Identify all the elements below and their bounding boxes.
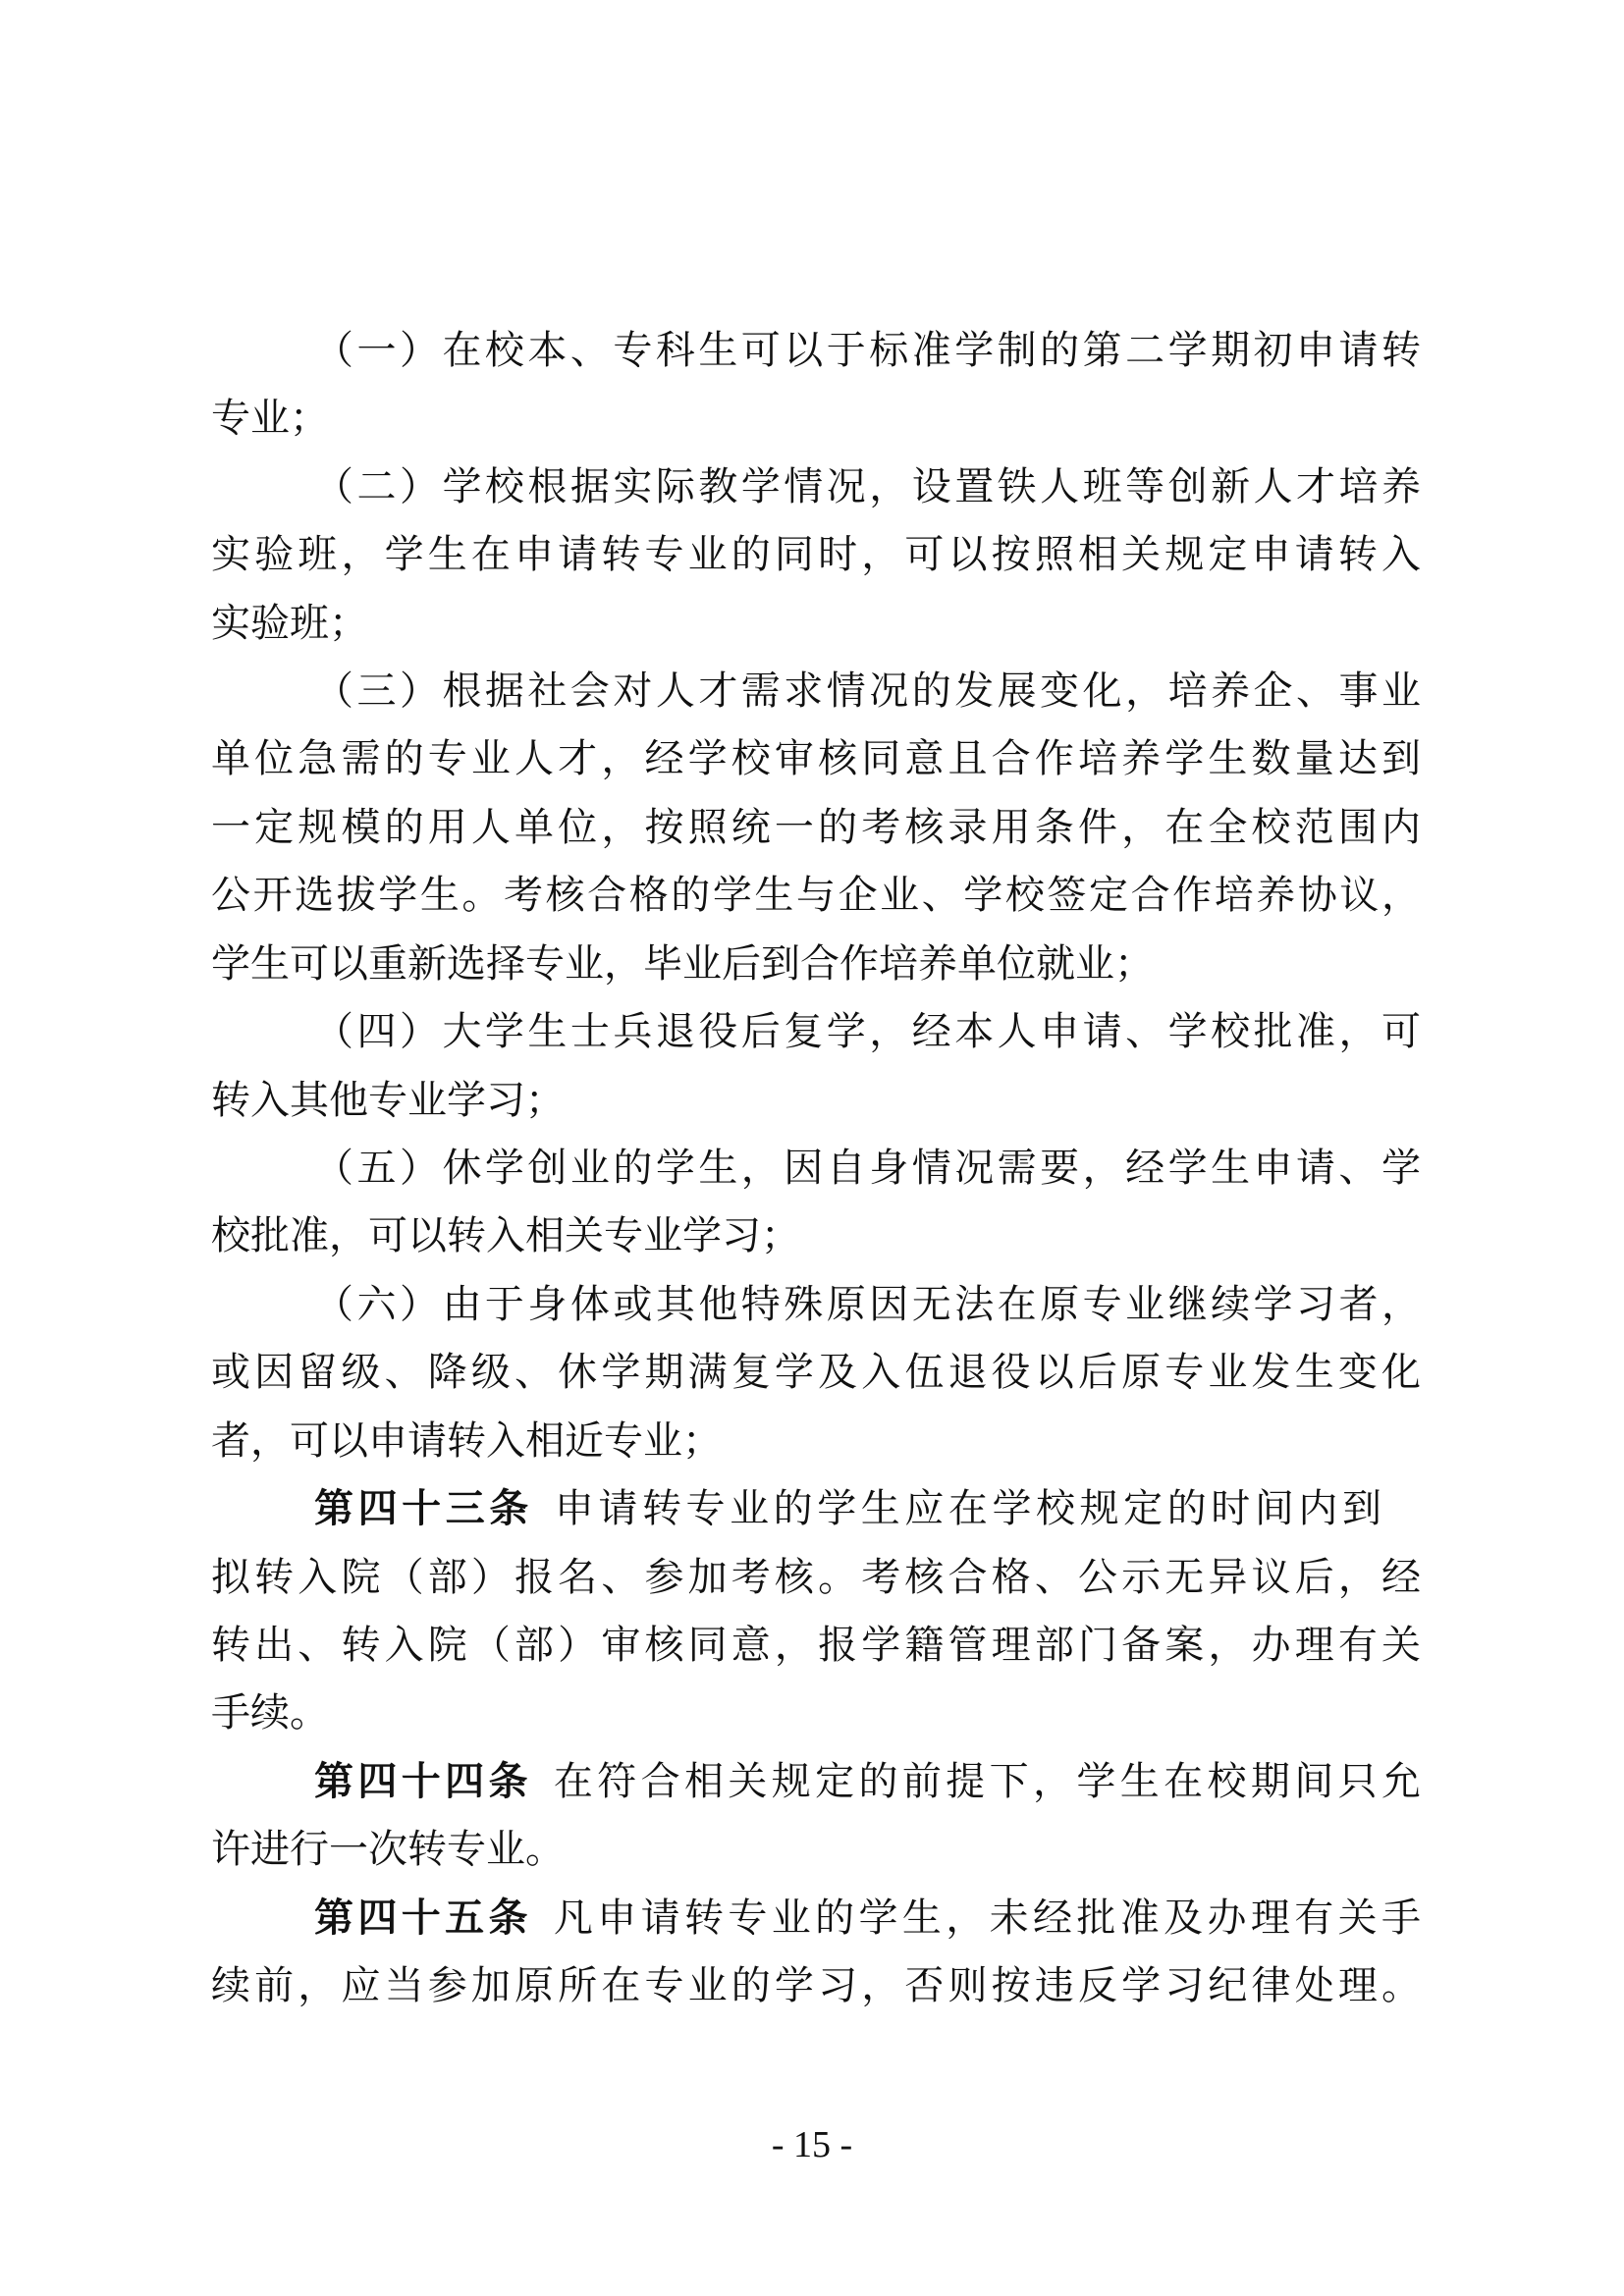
- item-2-line-1: （二）学校根据实际教学情况，设置铁人班等创新人才培养: [314, 457, 1421, 516]
- article-45-line-1: 第四十五条凡申请转专业的学生，未经批准及办理有关手: [314, 1889, 1421, 1948]
- item-2-line-3: 实验班；: [211, 594, 1421, 653]
- item-2-line-2: 实验班，学生在申请转专业的同时，可以按照相关规定申请转入: [211, 525, 1421, 584]
- article-43-line-2: 拟转入院（部）报名、参加考核。考核合格、公示无异议后，经: [211, 1548, 1421, 1607]
- item-4-line-1: （四）大学生士兵退役后复学，经本人申请、学校批准，可: [314, 1002, 1421, 1061]
- document-page: （一）在校本、专科生可以于标准学制的第二学期初申请转 专业； （二）学校根据实际…: [0, 0, 1624, 2296]
- item-3-line-5: 学生可以重新选择专业，毕业后到合作培养单位就业；: [211, 934, 1421, 993]
- item-3-line-2: 单位急需的专业人才，经学校审核同意且合作培养学生数量达到: [211, 729, 1421, 788]
- article-43-line-4: 手续。: [211, 1683, 1421, 1742]
- item-6-line-2: 或因留级、降级、休学期满复学及入伍退役以后原专业发生变化: [211, 1343, 1421, 1402]
- item-3-line-4: 公开选拔学生。考核合格的学生与企业、学校签定合作培养协议，: [211, 866, 1421, 925]
- article-44-text: 在符合相关规定的前提下，学生在校期间只允: [554, 1759, 1421, 1804]
- item-1-line-2: 专业；: [211, 389, 1421, 448]
- article-43-line-1: 第四十三条申请转专业的学生应在学校规定的时间内到: [314, 1479, 1381, 1538]
- article-43-line-3: 转出、转入院（部）审核同意，报学籍管理部门备案，办理有关: [211, 1616, 1421, 1675]
- item-6-line-1: （六）由于身体或其他特殊原因无法在原专业继续学习者，: [314, 1275, 1421, 1334]
- article-44-heading: 第四十四条: [314, 1758, 532, 1804]
- item-5-line-2: 校批准，可以转入相关专业学习；: [211, 1206, 1421, 1265]
- item-3-line-3: 一定规模的用人单位，按照统一的考核录用条件，在全校范围内: [211, 798, 1421, 857]
- item-5-line-1: （五）休学创业的学生，因自身情况需要，经学生申请、学: [314, 1139, 1421, 1198]
- page-number: - 15 -: [0, 2123, 1624, 2166]
- article-44-line-2: 许进行一次转专业。: [211, 1820, 1421, 1879]
- item-6-line-3: 者，可以申请转入相近专业；: [211, 1412, 1421, 1470]
- article-43-text: 申请转专业的学生应在学校规定的时间内到: [555, 1486, 1381, 1531]
- article-44-line-1: 第四十四条在符合相关规定的前提下，学生在校期间只允: [314, 1752, 1421, 1811]
- item-3-line-1: （三）根据社会对人才需求情况的发展变化，培养企、事业: [314, 662, 1421, 721]
- article-45-text: 凡申请转专业的学生，未经批准及办理有关手: [554, 1896, 1421, 1941]
- article-43-heading: 第四十三条: [314, 1485, 533, 1531]
- item-1-line-1: （一）在校本、专科生可以于标准学制的第二学期初申请转: [314, 321, 1421, 380]
- article-45-heading: 第四十五条: [314, 1895, 532, 1941]
- item-4-line-2: 转入其他专业学习；: [211, 1071, 1421, 1130]
- article-45-line-2: 续前，应当参加原所在专业的学习，否则按违反学习纪律处理。: [211, 1956, 1421, 2015]
